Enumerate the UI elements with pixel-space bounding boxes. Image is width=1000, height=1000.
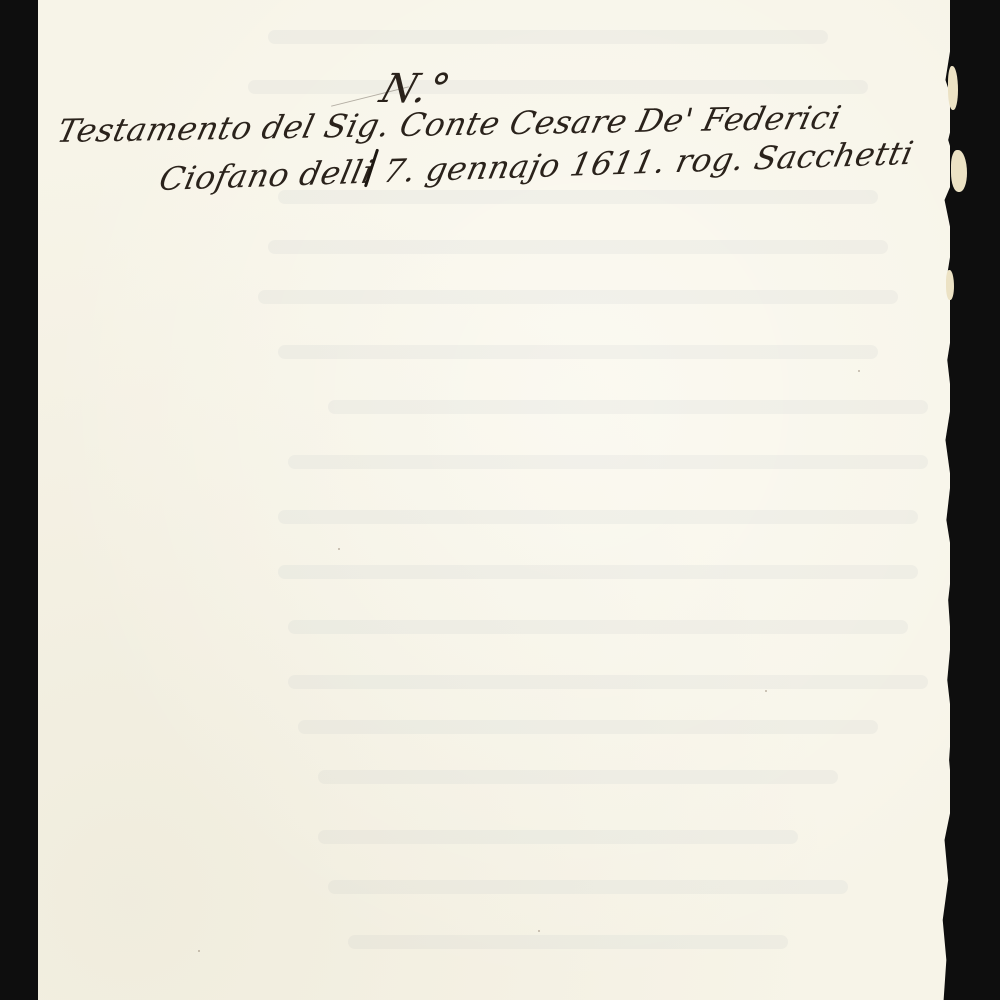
torn-edge-fragment bbox=[951, 150, 967, 192]
torn-edge-fragment bbox=[946, 270, 954, 300]
torn-edge-fragment bbox=[948, 66, 958, 110]
scan-canvas: N.° Testamento del Sig. Conte Cesare De'… bbox=[0, 0, 1000, 1000]
